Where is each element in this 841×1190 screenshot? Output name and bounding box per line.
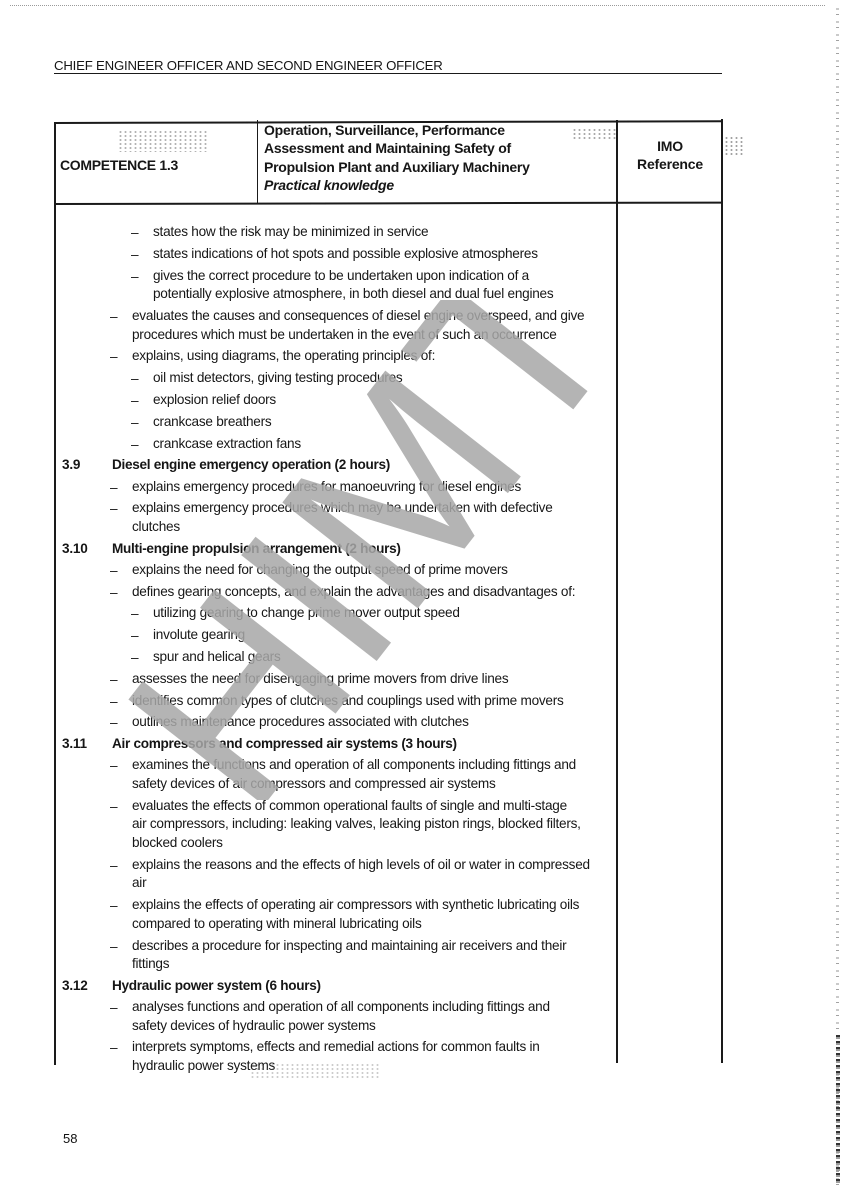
objective-line: examines the functions and operation of …	[132, 756, 576, 774]
competence-label: COMPETENCE 1.3	[60, 157, 178, 173]
scan-noise	[250, 1063, 380, 1079]
sub-objective-line: potentially explosive atmosphere, in bot…	[153, 285, 553, 303]
bullet-dash-icon: –	[110, 938, 118, 956]
objective-line: air	[132, 874, 146, 892]
objective-line: explains, using diagrams, the operating …	[132, 347, 435, 365]
sub-objective-line: states indications of hot spots and poss…	[153, 245, 538, 263]
objective-line: analyses functions and operation of all …	[132, 998, 550, 1016]
sub-objective-line: explosion relief doors	[153, 391, 276, 409]
imo-reference-line: Reference	[620, 155, 720, 173]
bullet-dash-icon: –	[110, 1039, 118, 1057]
competence-subtitle: Practical knowledge	[264, 176, 614, 194]
competence-title-line: Assessment and Maintaining Safety of	[264, 139, 614, 157]
table-header-bottom-border	[54, 202, 723, 205]
section-title: Hydraulic power system (6 hours)	[112, 977, 321, 995]
scan-edge-right	[836, 8, 839, 1188]
objective-line: identifies common types of clutches and …	[132, 692, 564, 710]
objective-line: outlines maintenance procedures associat…	[132, 713, 469, 731]
table-header-divider	[257, 120, 258, 204]
bullet-dash-icon: –	[131, 370, 139, 388]
objective-line: explains the effects of operating air co…	[132, 896, 579, 914]
objective-line: explains emergency procedures for manoeu…	[132, 478, 521, 496]
scan-noise	[118, 130, 208, 152]
objective-line: evaluates the causes and consequences of…	[132, 307, 584, 325]
section-number: 3.12	[62, 977, 88, 995]
sub-objective-line: oil mist detectors, giving testing proce…	[153, 369, 402, 387]
bullet-dash-icon: –	[131, 627, 139, 645]
objective-line: safety devices of hydraulic power system…	[132, 1017, 376, 1035]
sub-objective-line: crankcase breathers	[153, 413, 271, 431]
table-reference-divider	[616, 120, 618, 1063]
objective-line: assesses the need for disengaging prime …	[132, 670, 508, 688]
competence-title-line: Propulsion Plant and Auxiliary Machinery	[264, 158, 614, 176]
competence-title: Operation, Surveillance, Performance Ass…	[264, 121, 614, 195]
scan-edge-right-dark	[836, 1035, 840, 1185]
bullet-dash-icon: –	[110, 671, 118, 689]
bullet-dash-icon: –	[110, 714, 118, 732]
running-header: CHIEF ENGINEER OFFICER AND SECOND ENGINE…	[54, 58, 443, 73]
objective-line: procedures which must be undertaken in t…	[132, 326, 557, 344]
bullet-dash-icon: –	[110, 999, 118, 1017]
objective-line: air compressors, including: leaking valv…	[132, 815, 581, 833]
bullet-dash-icon: –	[131, 224, 139, 242]
objective-line: clutches	[132, 518, 180, 536]
objective-line: compared to operating with mineral lubri…	[132, 915, 422, 933]
sub-objective-line: spur and helical gears	[153, 648, 281, 666]
scan-noise	[572, 128, 617, 140]
section-number: 3.9	[62, 456, 80, 474]
objective-line: interprets symptoms, effects and remedia…	[132, 1038, 540, 1056]
section-number: 3.10	[62, 540, 88, 558]
table-left-border	[54, 122, 56, 1065]
objective-line: evaluates the effects of common operatio…	[132, 797, 567, 815]
sub-objective-line: gives the correct procedure to be undert…	[153, 267, 529, 285]
bullet-dash-icon: –	[110, 500, 118, 518]
objective-line: explains the reasons and the effects of …	[132, 856, 590, 874]
section-title: Diesel engine emergency operation (2 hou…	[112, 456, 390, 474]
objective-line: defines gearing concepts, and explain th…	[132, 583, 575, 601]
section-title: Air compressors and compressed air syste…	[112, 735, 457, 753]
objective-line: describes a procedure for inspecting and…	[132, 937, 566, 955]
bullet-dash-icon: –	[110, 308, 118, 326]
bullet-dash-icon: –	[131, 246, 139, 264]
sub-objective-line: states how the risk may be minimized in …	[153, 223, 428, 241]
imo-reference-line: IMO	[620, 137, 720, 155]
imo-reference-header: IMO Reference	[620, 137, 720, 173]
bullet-dash-icon: –	[110, 584, 118, 602]
bullet-dash-icon: –	[110, 562, 118, 580]
sub-objective-line: involute gearing	[153, 626, 245, 644]
scan-noise	[724, 136, 744, 156]
bullet-dash-icon: –	[131, 649, 139, 667]
page-number: 58	[63, 1131, 77, 1146]
bullet-dash-icon: –	[110, 479, 118, 497]
bullet-dash-icon: –	[110, 348, 118, 366]
table-right-border	[721, 119, 723, 1063]
objective-line: safety devices of air compressors and co…	[132, 775, 496, 793]
objective-line: explains emergency procedures which may …	[132, 499, 553, 517]
section-title: Multi-engine propulsion arrangement (2 h…	[112, 540, 401, 558]
section-number: 3.11	[62, 735, 87, 753]
bullet-dash-icon: –	[131, 436, 139, 454]
bullet-dash-icon: –	[131, 605, 139, 623]
bullet-dash-icon: –	[131, 392, 139, 410]
bullet-dash-icon: –	[131, 414, 139, 432]
running-header-rule	[54, 73, 722, 74]
bullet-dash-icon: –	[131, 268, 139, 286]
objective-line: fittings	[132, 955, 169, 973]
sub-objective-line: utilizing gearing to change prime mover …	[153, 604, 460, 622]
bullet-dash-icon: –	[110, 757, 118, 775]
bullet-dash-icon: –	[110, 897, 118, 915]
competence-title-line: Operation, Surveillance, Performance	[264, 121, 614, 139]
bullet-dash-icon: –	[110, 798, 118, 816]
sub-objective-line: crankcase extraction fans	[153, 435, 301, 453]
bullet-dash-icon: –	[110, 857, 118, 875]
bullet-dash-icon: –	[110, 693, 118, 711]
scan-edge-top	[10, 5, 825, 6]
objective-line: explains the need for changing the outpu…	[132, 561, 508, 579]
objective-line: blocked coolers	[132, 834, 223, 852]
